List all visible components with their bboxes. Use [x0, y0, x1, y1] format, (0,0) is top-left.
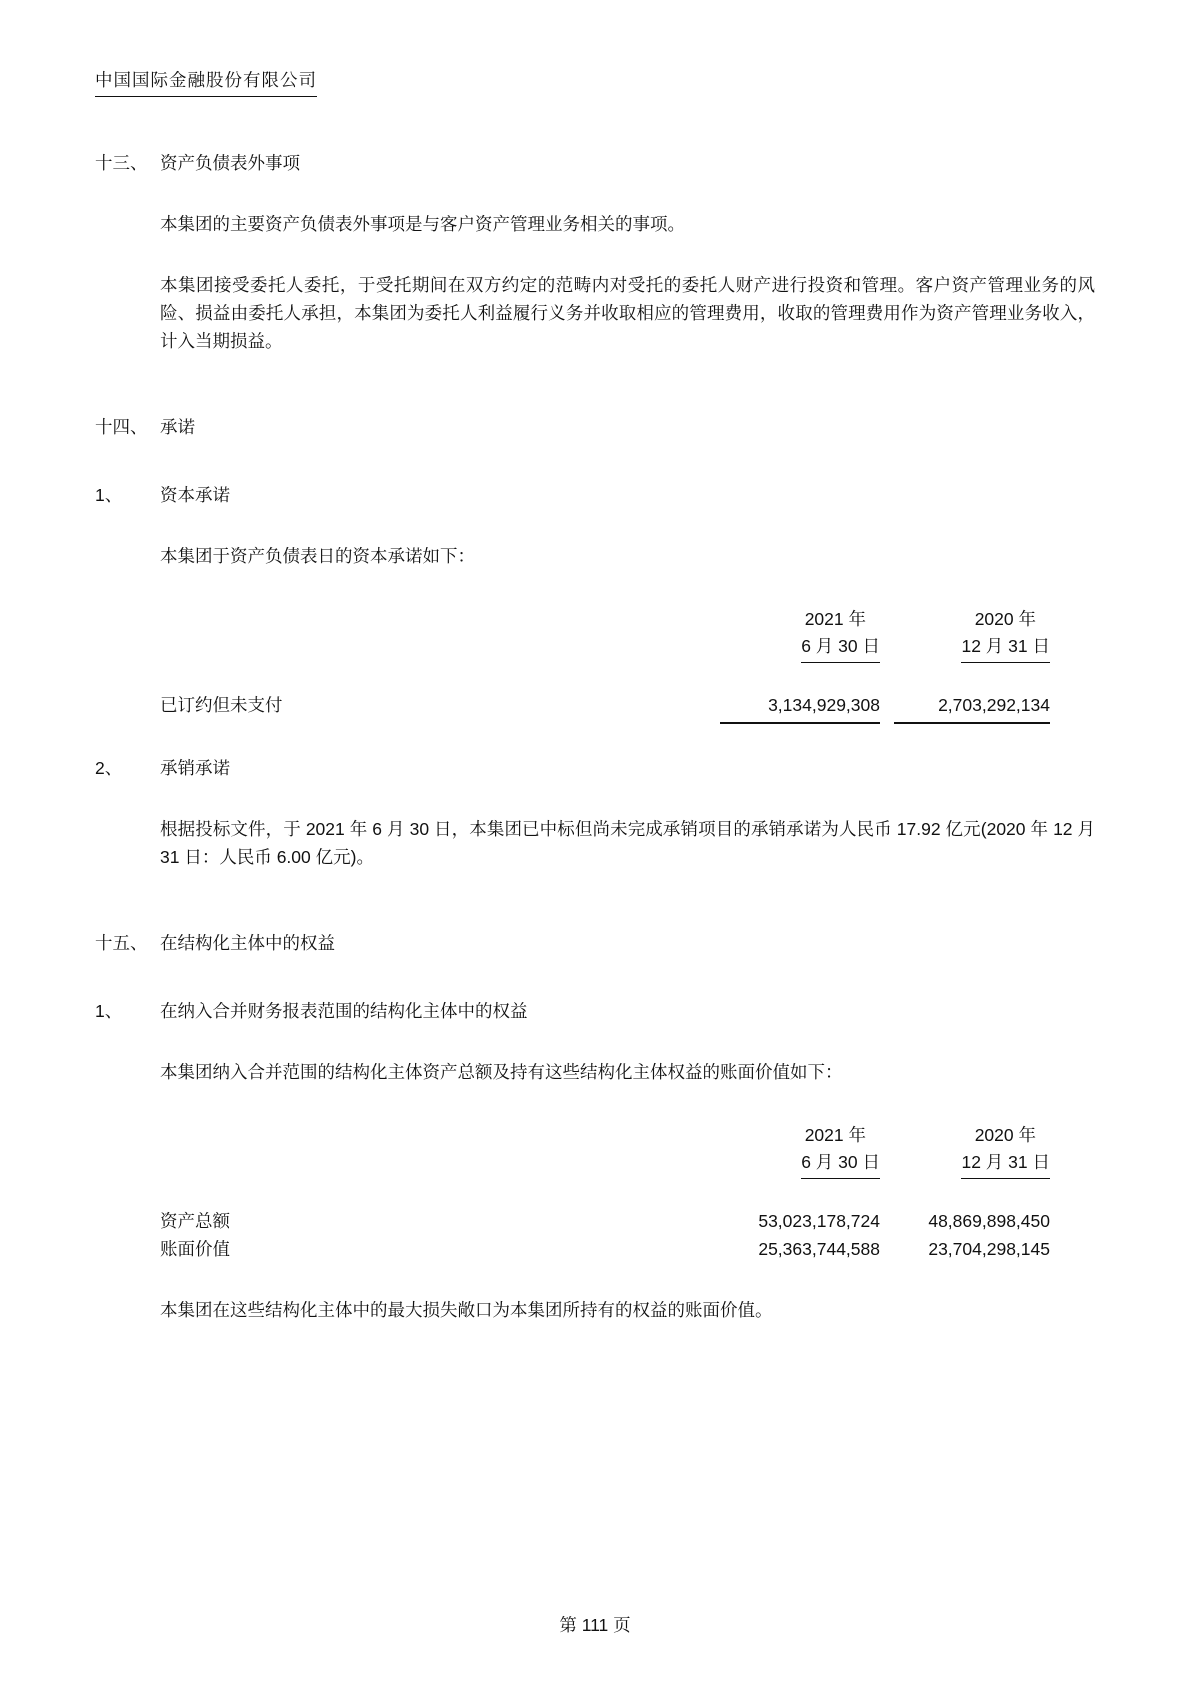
subsection-underwriting-heading: 2、 承销承诺 [95, 754, 1095, 782]
section-15-number: 十五、 [95, 929, 160, 957]
company-header: 中国国际金融股份有限公司 [95, 66, 1095, 97]
structured-entities-outro: 本集团在这些结构化主体中的最大损失敞口为本集团所持有的权益的账面价值。 [160, 1296, 1095, 1324]
structured-entities-intro: 本集团纳入合并范围的结构化主体资产总额及持有这些结构化主体权益的账面价值如下： [160, 1058, 1095, 1086]
section-13-number: 十三、 [95, 149, 160, 177]
structured-table-col1-header: 2021 年 6 月 30 日 [720, 1122, 880, 1179]
capital-table-col2-header: 2020 年 12 月 31 日 [894, 606, 1050, 663]
structured-table-header: 2021 年 6 月 30 日 2020 年 12 月 31 日 [160, 1122, 1050, 1179]
capital-col1-year: 2021 年 [720, 606, 880, 633]
structured-col2-date: 12 月 31 日 [961, 1149, 1050, 1179]
section-13-paragraph-1: 本集团的主要资产负债表外事项是与客户资产管理业务相关的事项。 [160, 210, 1095, 238]
capital-table-header: 2021 年 6 月 30 日 2020 年 12 月 31 日 [160, 606, 1050, 663]
section-15-heading: 十五、 在结构化主体中的权益 [95, 929, 1095, 957]
capital-col2-year: 2020 年 [894, 606, 1050, 633]
table-row: 账面价值 25,363,744,588 23,704,298,145 [160, 1235, 1050, 1263]
subsection-structured-title: 在纳入合并财务报表范围的结构化主体中的权益 [160, 997, 1095, 1025]
capital-table-header-spacer [160, 606, 720, 663]
row-value-2020: 23,704,298,145 [894, 1235, 1050, 1263]
section-14-heading: 十四、 承诺 [95, 413, 1095, 441]
row-value-2021: 3,134,929,308 [720, 691, 880, 724]
section-13-paragraph-2: 本集团接受委托人委托，于受托期间在双方约定的范畴内对受托的委托人财产进行投资和管… [160, 271, 1095, 355]
capital-commitments-intro: 本集团于资产负债表日的资本承诺如下： [160, 542, 1095, 570]
structured-entities-table: 2021 年 6 月 30 日 2020 年 12 月 31 日 资产总额 53… [160, 1122, 1050, 1263]
table-row: 资产总额 53,023,178,724 48,869,898,450 [160, 1207, 1050, 1235]
section-13-title: 资产负债表外事项 [160, 149, 1095, 177]
table-row: 已订约但未支付 3,134,929,308 2,703,292,134 [160, 691, 1050, 724]
section-14-title: 承诺 [160, 413, 1095, 441]
subsection-underwriting-title: 承销承诺 [160, 754, 1095, 782]
page-number: 第 111 页 [0, 1611, 1190, 1639]
row-value-2021: 53,023,178,724 [720, 1207, 880, 1235]
subsection-capital-number: 1、 [95, 481, 160, 509]
capital-commitments-table: 2021 年 6 月 30 日 2020 年 12 月 31 日 已订约但未支付… [160, 606, 1050, 724]
subsection-capital-commitments-heading: 1、 资本承诺 [95, 481, 1095, 509]
structured-col1-date: 6 月 30 日 [801, 1149, 880, 1179]
structured-col1-year: 2021 年 [720, 1122, 880, 1149]
row-label: 账面价值 [160, 1235, 720, 1263]
row-value-2020: 48,869,898,450 [894, 1207, 1050, 1235]
subsection-structured-number: 1、 [95, 997, 160, 1025]
row-label: 已订约但未支付 [160, 691, 720, 724]
page-content: 中国国际金融股份有限公司 十三、 资产负债表外事项 本集团的主要资产负债表外事项… [95, 66, 1095, 1324]
subsection-structured-entities-heading: 1、 在纳入合并财务报表范围的结构化主体中的权益 [95, 997, 1095, 1025]
capital-col2-date: 12 月 31 日 [961, 633, 1050, 663]
subsection-underwriting-number: 2、 [95, 754, 160, 782]
capital-table-col1-header: 2021 年 6 月 30 日 [720, 606, 880, 663]
document-page: 中国国际金融股份有限公司 十三、 资产负债表外事项 本集团的主要资产负债表外事项… [0, 0, 1190, 1683]
section-13-heading: 十三、 资产负债表外事项 [95, 149, 1095, 177]
underwriting-paragraph: 根据投标文件，于 2021 年 6 月 30 日，本集团已中标但尚未完成承销项目… [160, 815, 1095, 871]
section-14-number: 十四、 [95, 413, 160, 441]
structured-table-col2-header: 2020 年 12 月 31 日 [894, 1122, 1050, 1179]
row-value-2020: 2,703,292,134 [894, 691, 1050, 724]
company-name: 中国国际金融股份有限公司 [95, 66, 317, 97]
structured-col2-year: 2020 年 [894, 1122, 1050, 1149]
section-15-title: 在结构化主体中的权益 [160, 929, 1095, 957]
subsection-capital-title: 资本承诺 [160, 481, 1095, 509]
row-label: 资产总额 [160, 1207, 720, 1235]
row-value-2021: 25,363,744,588 [720, 1235, 880, 1263]
capital-col1-date: 6 月 30 日 [801, 633, 880, 663]
structured-table-header-spacer [160, 1122, 720, 1179]
